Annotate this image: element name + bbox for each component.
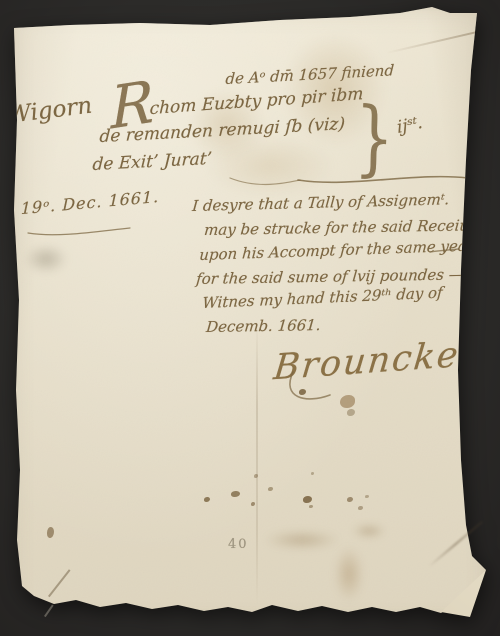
ink-blot bbox=[311, 472, 314, 475]
body-line: upon his Accompt for the same yeare bbox=[199, 236, 484, 264]
stain bbox=[334, 546, 364, 602]
heading-swash bbox=[230, 178, 300, 184]
ink-blot bbox=[340, 395, 355, 408]
photo-background: Wigorn R de Aᵒ dm̄ 1657 finiend chom Euz… bbox=[0, 0, 500, 636]
heading-brace: } bbox=[354, 90, 396, 187]
heading-sum: ijˢᵗ. bbox=[396, 113, 424, 138]
ink-blot bbox=[251, 502, 255, 506]
ink-blot bbox=[231, 491, 240, 497]
ink-blot bbox=[347, 409, 355, 416]
ink-blot bbox=[358, 506, 363, 510]
ink-blot bbox=[254, 474, 258, 478]
signature: Brouncker bbox=[272, 334, 481, 389]
heading-line: de Exit’ Jurat’ bbox=[92, 149, 213, 175]
date-note: 19ᵒ. Dec. 1661. bbox=[21, 187, 160, 218]
body-line: may be strucke for the said Receiuor bbox=[203, 216, 486, 239]
archive-mark: 40 bbox=[228, 537, 249, 552]
stain bbox=[264, 530, 340, 550]
ink-blot bbox=[204, 497, 210, 502]
stain bbox=[24, 244, 68, 274]
body-line: Witnes my hand this 29ᵗʰ day of bbox=[202, 284, 443, 313]
ink-blot bbox=[347, 497, 353, 502]
ink-blot bbox=[309, 505, 313, 508]
ink-blot bbox=[299, 389, 306, 395]
fold-crease-bottomleft bbox=[48, 569, 70, 597]
ink-blot bbox=[268, 487, 273, 491]
marginal-county-note: Wigorn bbox=[6, 93, 94, 129]
body-line: Decemb. 1661. bbox=[205, 316, 321, 336]
fold-crease-vertical bbox=[256, 320, 258, 605]
body-line: I desyre that a Tally of Assignemᵗ. bbox=[192, 190, 450, 215]
date-underline-flourish bbox=[28, 228, 130, 235]
paper-shadow: Wigorn R de Aᵒ dm̄ 1657 finiend chom Euz… bbox=[0, 0, 500, 636]
ink-blot bbox=[303, 496, 312, 503]
ink-blot bbox=[365, 495, 369, 498]
heading-line: de Aᵒ dm̄ 1657 finiend bbox=[225, 61, 394, 88]
stain bbox=[205, 135, 335, 197]
fold-crease-topright bbox=[386, 31, 479, 54]
stain bbox=[352, 524, 386, 538]
manuscript-paper: Wigorn R de Aᵒ dm̄ 1657 finiend chom Euz… bbox=[0, 0, 500, 636]
ink-blot bbox=[47, 527, 54, 538]
